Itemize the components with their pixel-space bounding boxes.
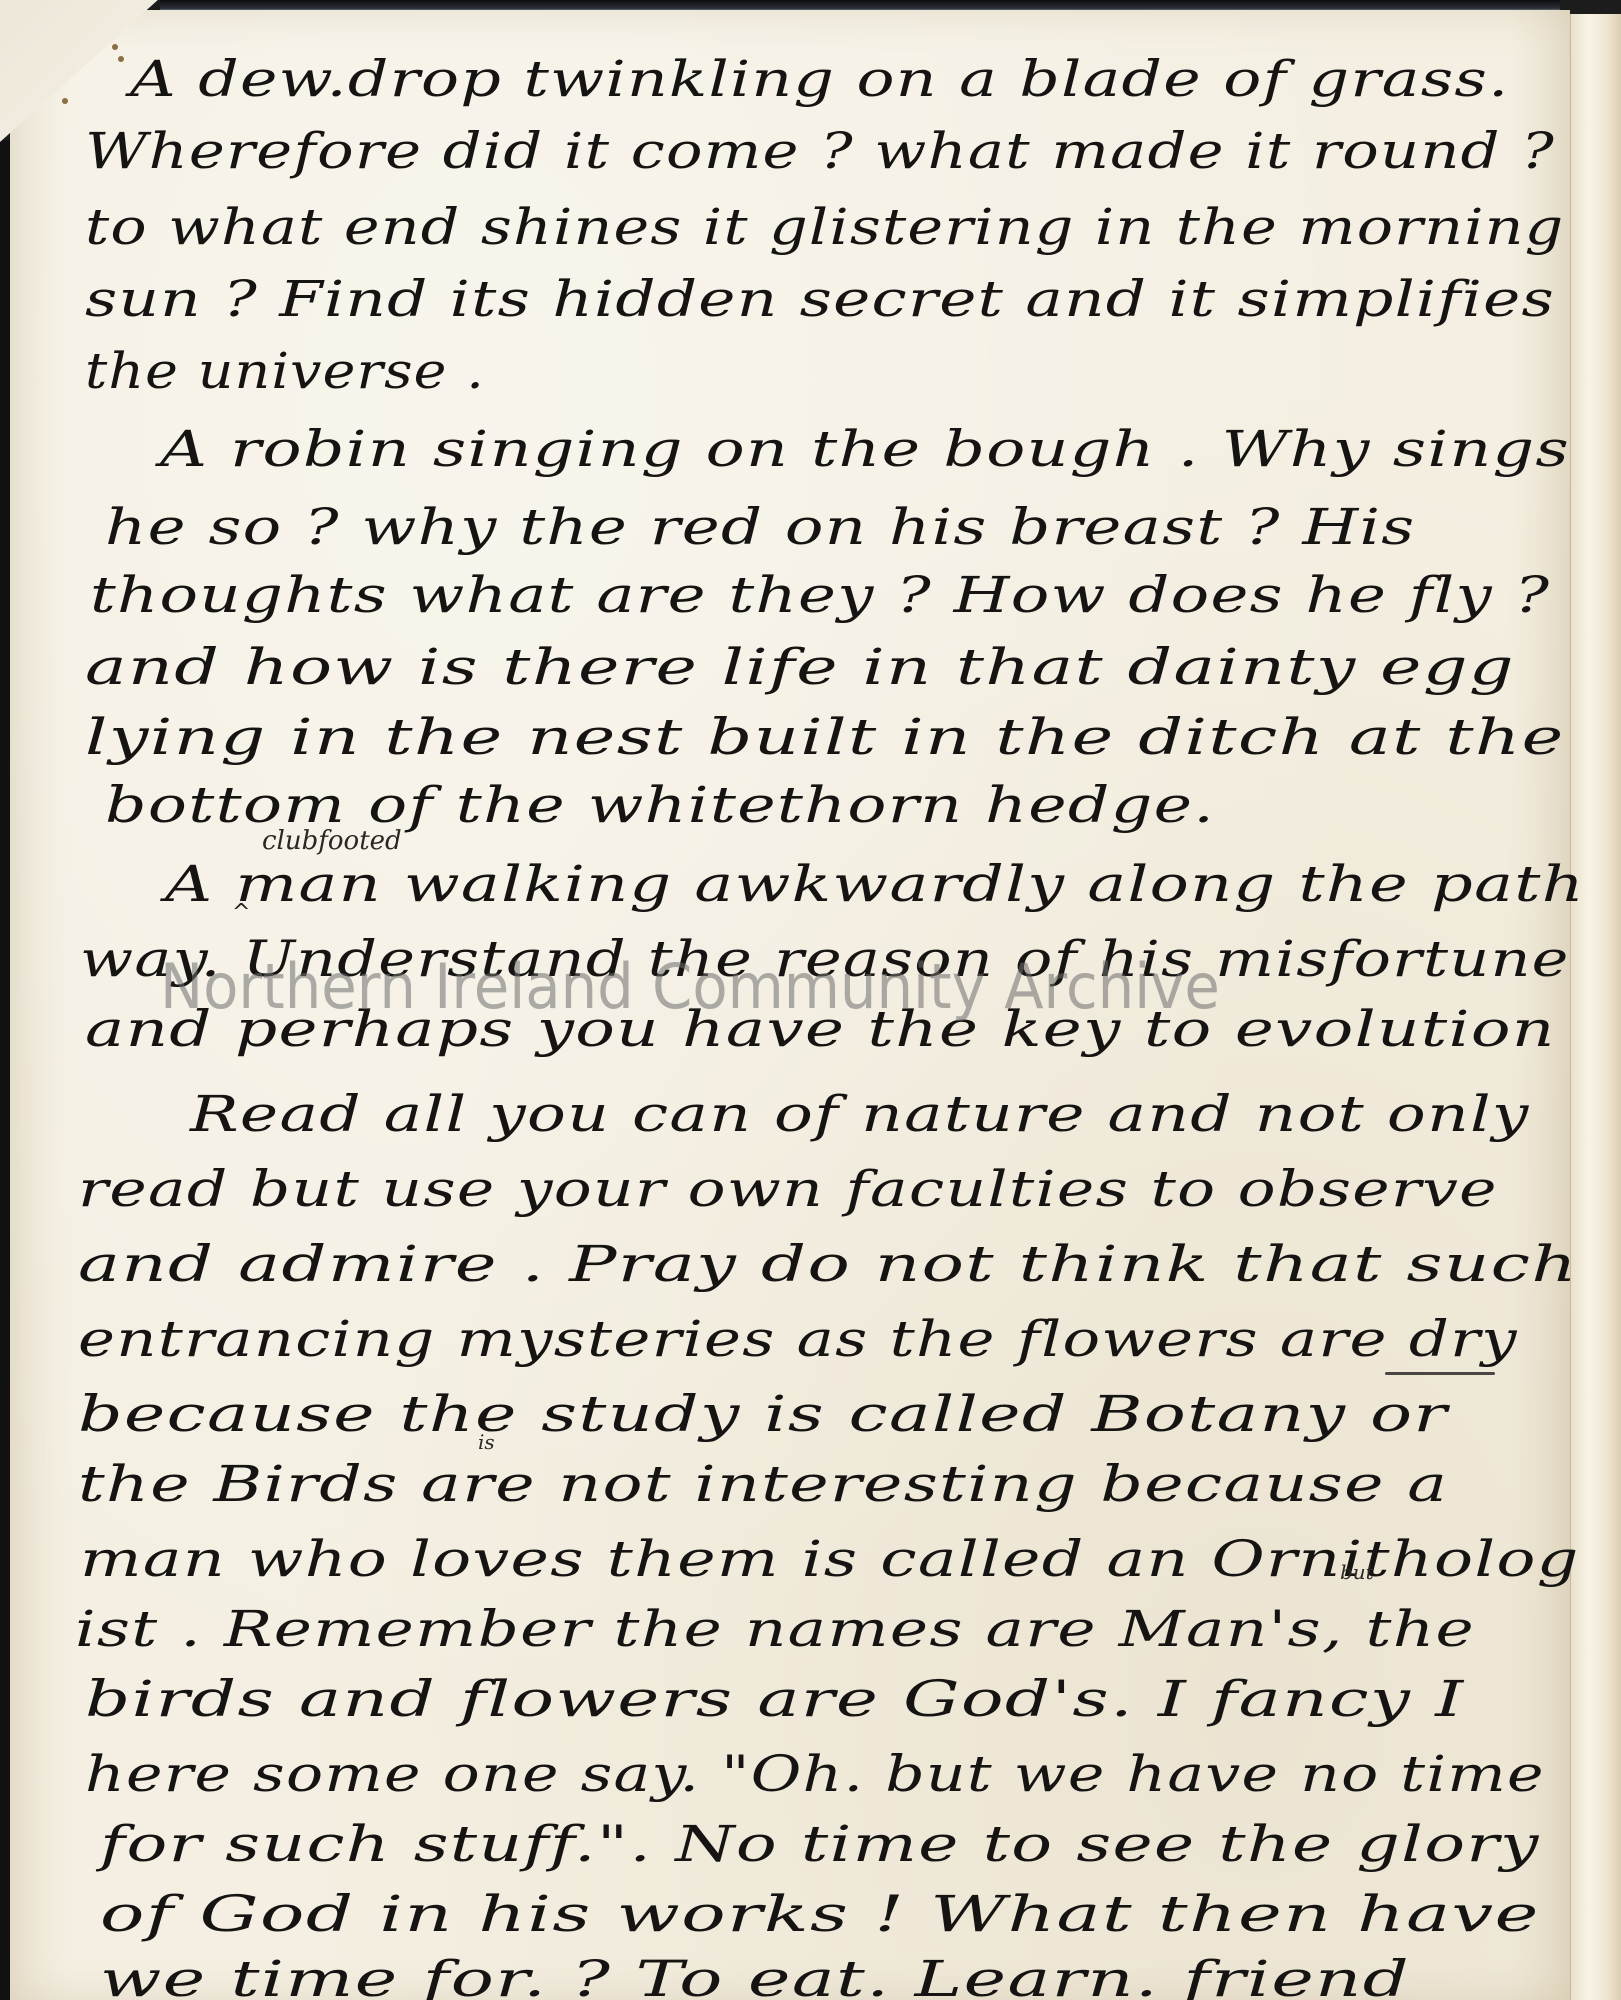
text-line: because the study is called Botany or bbox=[78, 1385, 1448, 1443]
text-line: and how is there life in that dainty egg bbox=[85, 638, 1515, 696]
document-scan: A dew.drop twinkling on a blade of grass… bbox=[0, 0, 1621, 2000]
text-line: Read all you can of nature and not only bbox=[190, 1085, 1530, 1143]
text-line: entrancing mysteries as the flowers are … bbox=[78, 1310, 1518, 1368]
archive-watermark: Northern Ireland Community Archive bbox=[160, 950, 1220, 1023]
text-line: sun ? Find its hidden secret and it simp… bbox=[85, 270, 1555, 328]
text-line: to what end shines it glistering in the … bbox=[85, 198, 1564, 256]
underline-dry bbox=[1385, 1372, 1495, 1375]
text-line: read but use your own faculties to obser… bbox=[78, 1160, 1498, 1218]
text-line: the Birds are not interesting because a bbox=[78, 1455, 1448, 1513]
text-line: and admire . Pray do not think that such bbox=[78, 1235, 1578, 1293]
text-line: the universe . bbox=[85, 342, 485, 400]
insertion-but: but bbox=[1340, 1560, 1374, 1584]
text-line: for such stuff.". No time to see the glo… bbox=[100, 1815, 1540, 1873]
text-line: Wherefore did it come ? what made it rou… bbox=[85, 122, 1555, 180]
text-line: A man walking awkwardly along the path bbox=[165, 855, 1585, 913]
text-line: A robin singing on the bough . Why sings bbox=[160, 420, 1570, 478]
text-line: of God in his works ! What then have bbox=[100, 1885, 1540, 1943]
text-line: here some one say. "Oh. but we have no t… bbox=[85, 1745, 1545, 1803]
insertion-clubfooted: clubfooted bbox=[262, 826, 402, 856]
text-line: he so ? why the red on his breast ? His bbox=[105, 498, 1415, 556]
text-line: lying in the nest built in the ditch at … bbox=[85, 708, 1565, 766]
text-line: we time for. ? To eat. Learn. friend bbox=[100, 1950, 1410, 2000]
text-line: A dew.drop twinkling on a blade of grass… bbox=[130, 50, 1509, 108]
correction-is: is bbox=[478, 1430, 495, 1454]
text-line: birds and flowers are God's. I fancy I bbox=[85, 1670, 1465, 1728]
text-line: thoughts what are they ? How does he fly… bbox=[90, 566, 1550, 624]
text-line: ist . Remember the names are Man's, the bbox=[75, 1600, 1475, 1658]
